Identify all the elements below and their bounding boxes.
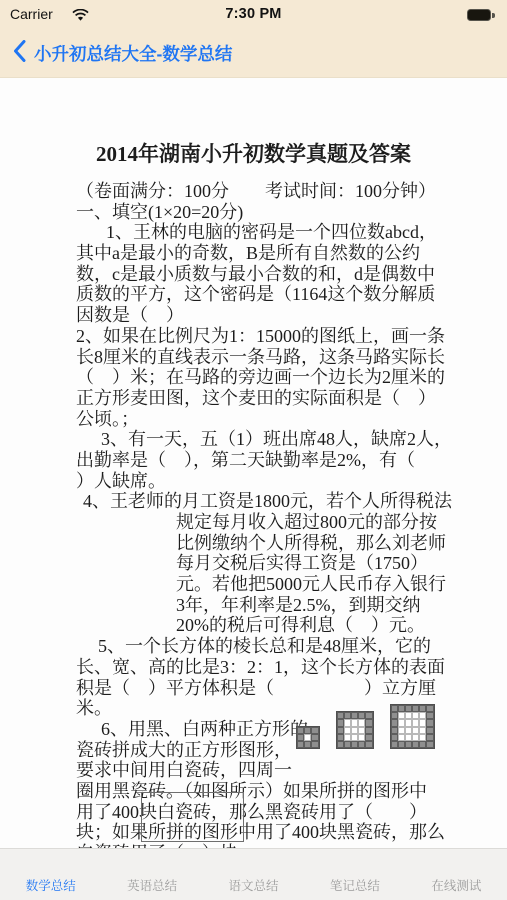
doc-line-3: 1、王林的电脑的密码是一个四位数abcd，: [106, 222, 446, 243]
text-box-artifact: [141, 792, 244, 842]
tile-cell: [297, 741, 304, 748]
tile-cell: [358, 741, 365, 748]
tile-cell: [358, 719, 365, 726]
doc-line-18: 比例缴纳个人所得税，那么刘老师: [176, 533, 446, 554]
tile-cell: [405, 727, 412, 734]
tile-cell: [344, 712, 351, 719]
doc-line-15: ）人缺席。: [76, 471, 446, 492]
tab-item-4[interactable]: 笔记总结: [304, 849, 405, 900]
tile-cell: [398, 719, 405, 726]
tile-cell: [426, 719, 433, 726]
tile-cell: [351, 727, 358, 734]
status-bar: Carrier 7:30 PM: [0, 0, 507, 30]
tile-cell: [365, 727, 372, 734]
tile-cell: [419, 727, 426, 734]
tile-cell: [426, 705, 433, 712]
exam-page: 2014年湖南小升初数学真题及答案 （卷面满分：100分 考试时间：100分钟）…: [0, 78, 507, 848]
tile-cell: [391, 727, 398, 734]
tile-cell: [337, 734, 344, 741]
tile-cell: [398, 712, 405, 719]
tile-cell: [365, 712, 372, 719]
tile-square-5x5: [336, 711, 374, 749]
tile-cell: [398, 734, 405, 741]
doc-line-11: 正方形麦田图，这个麦田的实际面积是（ ）: [76, 388, 446, 409]
tile-cell: [412, 719, 419, 726]
doc-line-16: 4、王老师的月工资是1800元，若个人所得税法: [83, 491, 446, 512]
doc-line-14: 出勤率是（ ），第二天缺勤率是2%，有（: [76, 450, 446, 471]
doc-line-12: 公顷。；: [76, 409, 446, 430]
back-button-label: 小升初总结大全-数学总结: [34, 41, 232, 66]
tile-cell: [344, 719, 351, 726]
tile-cell: [365, 734, 372, 741]
tile-cell: [304, 727, 311, 734]
tile-cell: [398, 727, 405, 734]
tab-bar: 数学总结英语总结语文总结笔记总结在线测试: [0, 848, 507, 900]
tile-cell: [405, 741, 412, 748]
tile-cell: [337, 719, 344, 726]
tile-square-6x6: [390, 704, 435, 749]
tab-item-5[interactable]: 在线测试: [406, 849, 507, 900]
doc-line-20: 元。若他把5000元人民币存入银行: [176, 574, 446, 595]
tile-cell: [426, 712, 433, 719]
doc-line-9: 长8厘米的直线表示一条马路，这条马路实际长: [76, 347, 446, 368]
tile-pattern-figure: [296, 704, 435, 749]
doc-line-8: 2、如果在比例尺为1：15000的图纸上，画一条: [76, 326, 446, 347]
tile-cell: [391, 719, 398, 726]
doc-line-17: 规定每月收入超过800元的部分按: [176, 512, 446, 533]
doc-line-21: 3年，年利率是2.5%，到期交纳: [176, 595, 446, 616]
tile-cell: [311, 741, 318, 748]
tile-cell: [311, 734, 318, 741]
document-scroll-area[interactable]: 2014年湖南小升初数学真题及答案 （卷面满分：100分 考试时间：100分钟）…: [0, 78, 507, 848]
doc-line-6: 质数的平方，这个密码是（1164这个数分解质: [76, 284, 446, 305]
tile-cell: [358, 727, 365, 734]
doc-line-29: 要求中间用白瓷砖，四周一: [76, 760, 446, 781]
chevron-left-icon: [13, 40, 26, 67]
clock-label: 7:30 PM: [0, 6, 507, 22]
doc-line-1: （卷面满分：100分 考试时间：100分钟）: [76, 181, 446, 202]
tab-item-1[interactable]: 数学总结: [0, 849, 101, 900]
tile-cell: [412, 727, 419, 734]
tile-cell: [405, 712, 412, 719]
tab-item-2[interactable]: 英语总结: [101, 849, 202, 900]
doc-title: 2014年湖南小升初数学真题及答案: [0, 138, 507, 168]
tile-cell: [391, 734, 398, 741]
tile-cell: [426, 741, 433, 748]
tile-cell: [419, 734, 426, 741]
tile-cell: [304, 734, 311, 741]
tile-cell: [337, 741, 344, 748]
tile-cell: [405, 705, 412, 712]
tile-cell: [344, 734, 351, 741]
tile-cell: [398, 741, 405, 748]
tile-cell: [311, 727, 318, 734]
tile-cell: [337, 727, 344, 734]
doc-line-23: 5、一个长方体的棱长总和是48厘米，它的: [98, 636, 446, 657]
tile-cell: [419, 719, 426, 726]
tile-cell: [426, 734, 433, 741]
tile-cell: [358, 712, 365, 719]
tile-cell: [412, 712, 419, 719]
tile-cell: [405, 734, 412, 741]
tile-cell: [365, 719, 372, 726]
battery-icon: [467, 9, 491, 21]
tile-cell: [365, 741, 372, 748]
doc-line-30: 圈用黑瓷砖。（如图所示）如果所拼的图形中: [76, 781, 446, 802]
doc-line-5: 数，c是最小质数与最小合数的和，d是偶数中: [76, 264, 446, 285]
tile-cell: [412, 741, 419, 748]
tile-cell: [405, 719, 412, 726]
tile-cell: [351, 712, 358, 719]
tile-cell: [297, 734, 304, 741]
doc-line-31: 用了400块白瓷砖，那么黑瓷砖用了（ ）: [76, 802, 446, 823]
doc-line-24: 长、宽、高的比是3：2：1，这个长方体的表面: [76, 657, 446, 678]
tile-cell: [419, 741, 426, 748]
tile-cell: [419, 705, 426, 712]
tile-cell: [391, 741, 398, 748]
tile-cell: [412, 734, 419, 741]
tab-item-3[interactable]: 语文总结: [203, 849, 304, 900]
app-window: Carrier 7:30 PM 小升初总结大全-数学总结 2014年湖南小升初数…: [0, 0, 507, 900]
tile-cell: [419, 712, 426, 719]
tile-cell: [398, 705, 405, 712]
tile-cell: [351, 741, 358, 748]
tile-cell: [351, 734, 358, 741]
doc-line-25: 积是（ ）平方体积是（ ）立方厘: [76, 678, 446, 699]
tile-cell: [297, 727, 304, 734]
doc-line-32: 块；如果所拼的图形中用了400块黑瓷砖，那么: [76, 822, 446, 843]
tile-cell: [391, 705, 398, 712]
doc-line-13: 3、有一天，五（1）班出席48人，缺席2人，: [101, 429, 446, 450]
tile-cell: [337, 712, 344, 719]
tile-cell: [351, 719, 358, 726]
tile-cell: [358, 734, 365, 741]
navigation-bar: 小升初总结大全-数学总结: [0, 30, 507, 78]
doc-line-2: 一、填空(1×20=20分): [76, 202, 446, 223]
tile-cell: [426, 727, 433, 734]
doc-line-22: 20%的税后可得利息（ ）元。: [176, 615, 446, 636]
back-button[interactable]: 小升初总结大全-数学总结: [13, 40, 232, 67]
tile-square-3x3: [296, 726, 320, 750]
tile-cell: [391, 712, 398, 719]
doc-line-10: （ ）米；在马路的旁边画一个边长为2厘米的: [76, 367, 446, 388]
tile-cell: [304, 741, 311, 748]
tile-cell: [344, 741, 351, 748]
tile-cell: [412, 705, 419, 712]
tile-cell: [344, 727, 351, 734]
doc-line-4: 其中a是最小的奇数，B是所有自然数的公约: [76, 243, 446, 264]
doc-line-19: 每月交税后实得工资是（1750）: [176, 553, 446, 574]
doc-line-7: 因数是（ ）: [76, 305, 446, 326]
